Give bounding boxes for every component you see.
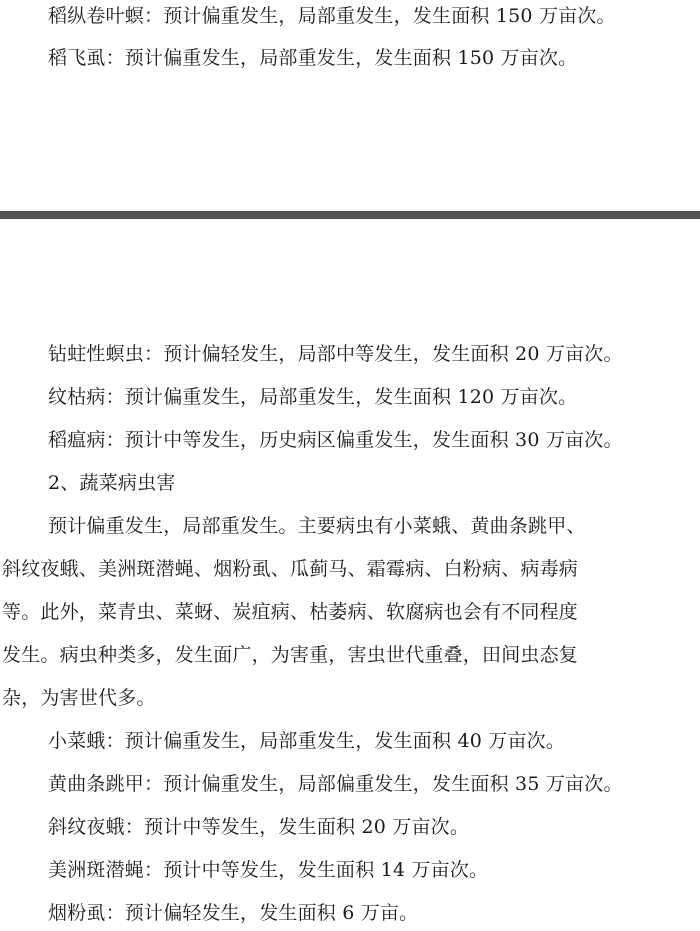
paragraph-line: 杂，为害世代多。 — [0, 686, 700, 710]
pest-item-diamondback-moth: 小菜蛾：预计偏重发生，局部重发生，发生面积 40 万亩次。 — [0, 729, 700, 753]
section-heading: 2、蔬菜病虫害 — [0, 471, 700, 495]
page-top: 稻纵卷叶螟：预计偏重发生，局部重发生，发生面积 150 万亩次。 稻飞虱：预计偏… — [0, 0, 700, 211]
disease-item-sheath-blight: 纹枯病：预计偏重发生，局部重发生，发生面积 120 万亩次。 — [0, 385, 700, 409]
pest-item-flea-beetle: 黄曲条跳甲：预计偏重发生，局部偏重发生，发生面积 35 万亩次。 — [0, 772, 700, 796]
paragraph-line: 等。此外，菜青虫、菜蚜、炭疽病、枯萎病、软腐病也会有不同程度 — [0, 600, 700, 624]
pest-item-stem-borer: 钻蛀性螟虫：预计偏轻发生，局部中等发生，发生面积 20 万亩次。 — [0, 342, 700, 366]
pest-item-armyworm: 斜纹夜蛾：预计中等发生，发生面积 20 万亩次。 — [0, 815, 700, 839]
page-separator — [0, 211, 700, 219]
pest-item-rice-leaf-roller: 稻纵卷叶螟：预计偏重发生，局部重发生，发生面积 150 万亩次。 — [0, 4, 700, 28]
pest-item-rice-planthopper: 稻飞虱：预计偏重发生，局部重发生，发生面积 150 万亩次。 — [0, 46, 700, 70]
paragraph-line: 预计偏重发生，局部重发生。主要病虫有小菜蛾、黄曲条跳甲、 — [0, 514, 700, 538]
paragraph-line: 斜纹夜蛾、美洲斑潜蝇、烟粉虱、瓜蓟马、霜霉病、白粉病、病毒病 — [0, 557, 700, 581]
paragraph-line: 发生。病虫种类多，发生面广，为害重，害虫世代重叠，田间虫态复 — [0, 643, 700, 667]
page-bottom: 钻蛀性螟虫：预计偏轻发生，局部中等发生，发生面积 20 万亩次。 纹枯病：预计偏… — [0, 220, 700, 931]
disease-item-rice-blast: 稻瘟病：预计中等发生，历史病区偏重发生，发生面积 30 万亩次。 — [0, 428, 700, 452]
pest-item-whitefly: 烟粉虱：预计偏轻发生，发生面积 6 万亩。 — [0, 901, 700, 925]
pest-item-leafminer: 美洲斑潜蝇：预计中等发生，发生面积 14 万亩次。 — [0, 858, 700, 882]
